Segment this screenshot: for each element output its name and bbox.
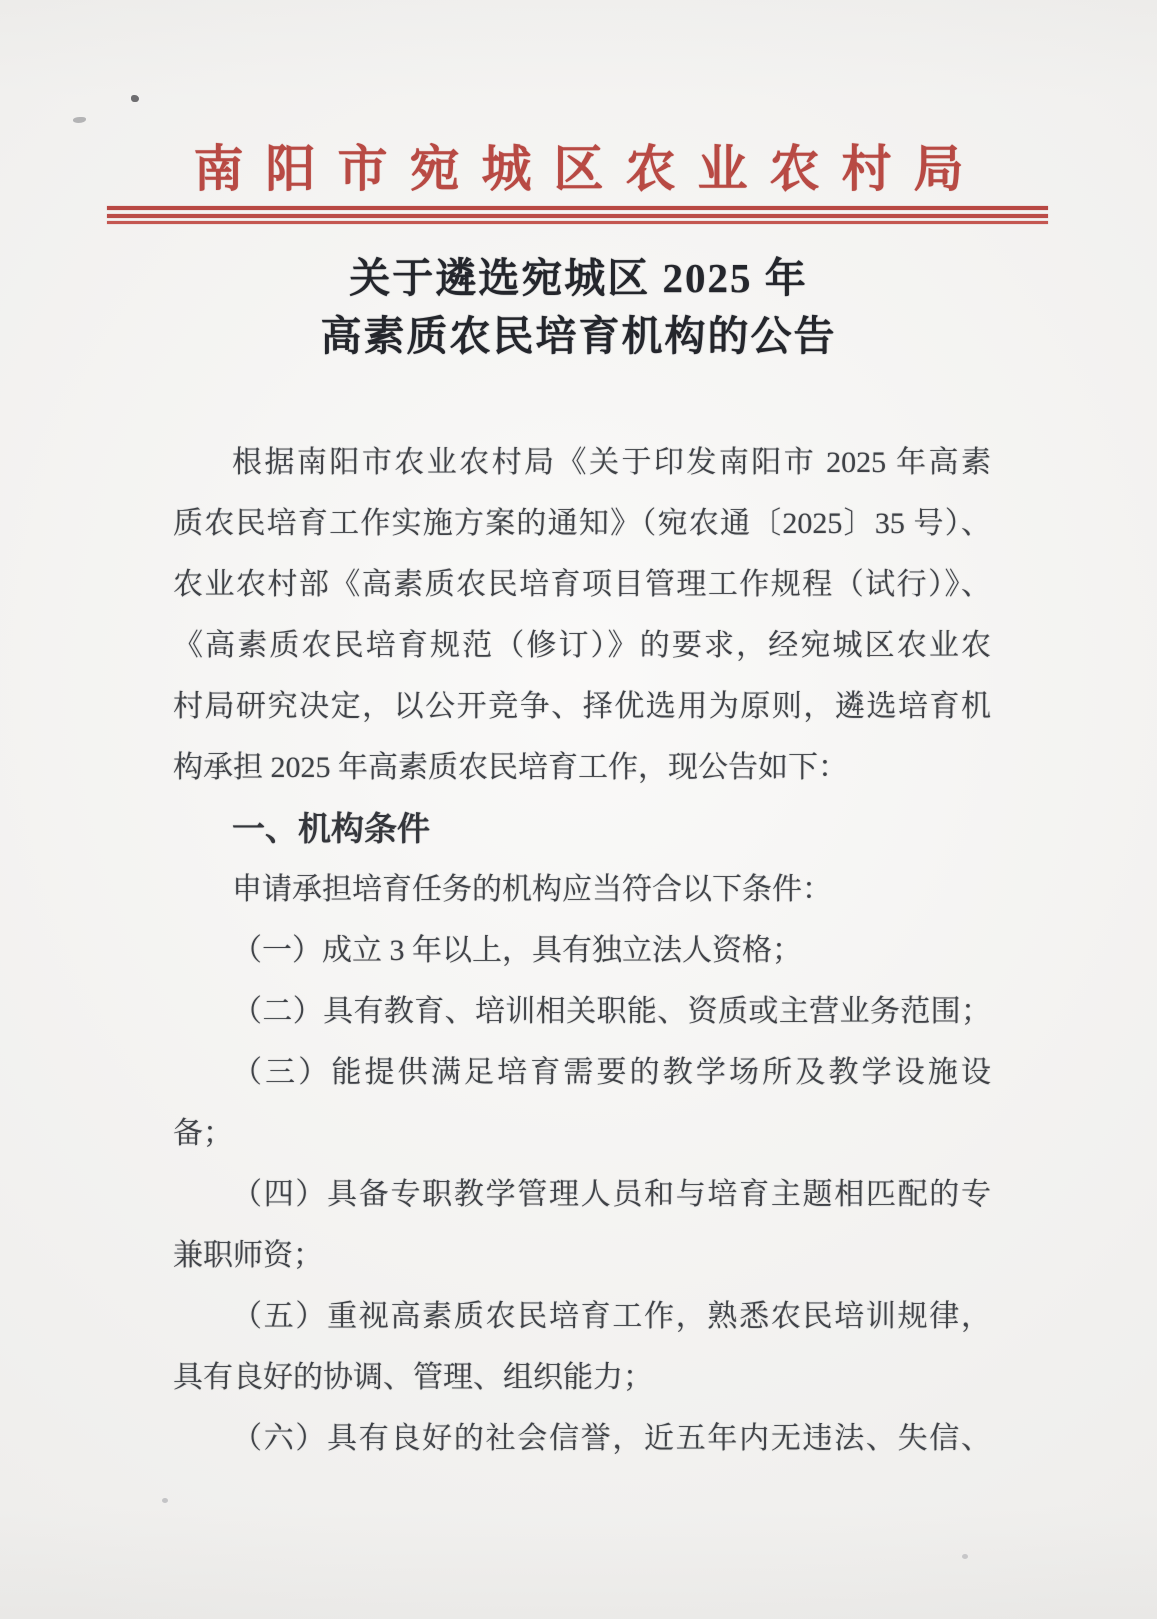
document-title: 关于遴选宛城区 2025 年 高素质农民培育机构的公告 (0, 249, 1157, 365)
body-line: 村局研究决定，以公开竞争、择优选用为原则，遴选培育机 (173, 676, 991, 737)
body-line: 备； (173, 1103, 991, 1164)
letterhead-divider-rules (107, 206, 1048, 224)
body-line: 质农民培育工作实施方案的通知》（宛农通〔2025〕35 号）、 (173, 493, 991, 554)
body-line: 兼职师资； (173, 1225, 991, 1286)
body-line: （六）具有良好的社会信誉，近五年内无违法、失信、 (173, 1408, 991, 1469)
scan-speck (131, 95, 139, 102)
body-line: 《高素质农民培育规范（修订）》的要求，经宛城区农业农 (173, 615, 991, 676)
scan-speck (73, 117, 86, 123)
body-line: （三）能提供满足培育需要的教学场所及教学设施设 (173, 1042, 991, 1103)
scanned-document-page: 南阳市宛城区农业农村局 关于遴选宛城区 2025 年 高素质农民培育机构的公告 … (0, 0, 1157, 1619)
divider-rule-middle (107, 214, 1048, 218)
body-line: （四）具备专职教学管理人员和与培育主题相匹配的专 (173, 1164, 991, 1225)
agency-letterhead: 南阳市宛城区农业农村局 (0, 142, 1157, 196)
body-line: 具有良好的协调、管理、组织能力； (173, 1347, 991, 1408)
scan-speck (962, 1554, 968, 1559)
body-line: （五）重视高素质农民培育工作，熟悉农民培训规律， (173, 1286, 991, 1347)
body-line: 根据南阳市农业农村局《关于印发南阳市 2025 年高素 (173, 432, 991, 493)
body-line: 构承担 2025 年高素质农民培育工作，现公告如下： (173, 737, 991, 798)
agency-letterhead-text: 南阳市宛城区农业农村局 (194, 141, 986, 197)
document-title-line1: 关于遴选宛城区 2025 年 (0, 249, 1157, 307)
section-heading: 一、机构条件 (173, 798, 991, 859)
body-line: （二）具有教育、培训相关职能、资质或主营业务范围； (173, 981, 991, 1042)
body-line: 农业农村部《高素质农民培育项目管理工作规程（试行）》、 (173, 554, 991, 615)
divider-rule-top (107, 206, 1048, 210)
body-line: （一）成立 3 年以上，具有独立法人资格； (173, 920, 991, 981)
document-title-line2: 高素质农民培育机构的公告 (0, 307, 1157, 365)
scan-speck (162, 1498, 168, 1503)
body-line: 申请承担培育任务的机构应当符合以下条件： (173, 859, 991, 920)
divider-rule-bottom (107, 221, 1048, 224)
document-body: 根据南阳市农业农村局《关于印发南阳市 2025 年高素质农民培育工作实施方案的通… (173, 432, 991, 1469)
